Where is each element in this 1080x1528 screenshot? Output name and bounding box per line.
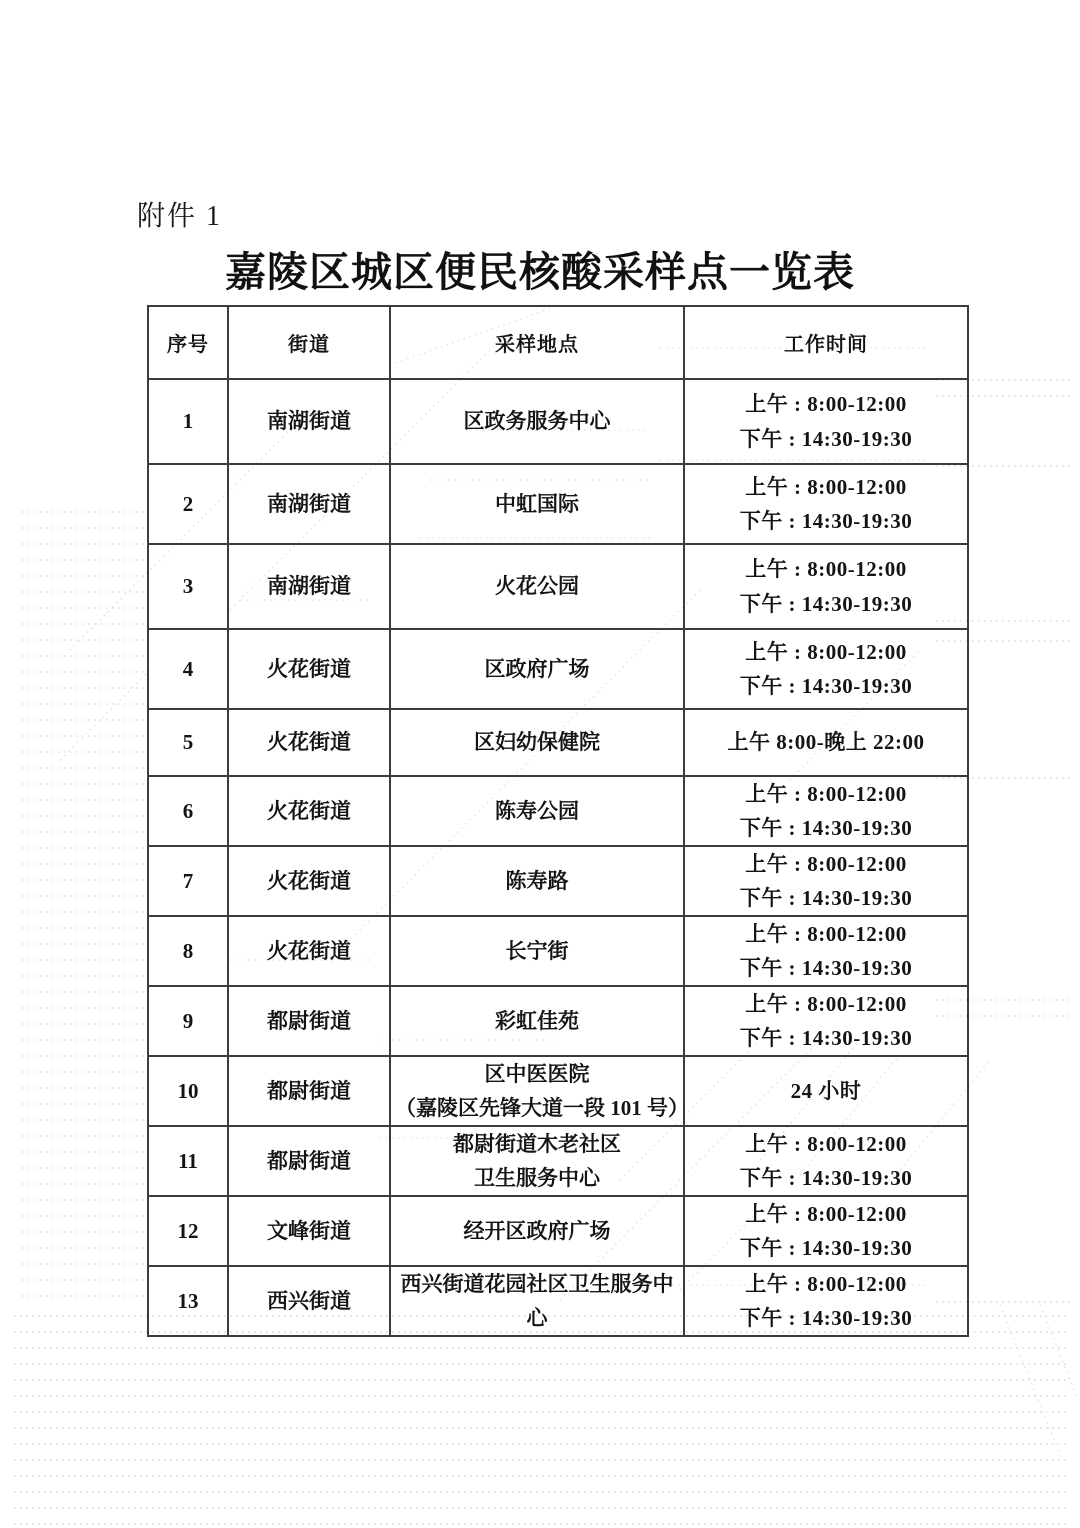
- cell-time-line: 下午 : 14:30-19:30: [689, 587, 963, 621]
- cell-street-line: 南湖街道: [233, 487, 385, 521]
- cell-no-line: 8: [153, 934, 223, 968]
- cell-time-line: 上午 : 8:00-12:00: [689, 987, 963, 1021]
- sampling-table-wrap: 序号街道采样地点工作时间 1南湖街道区政务服务中心上午 : 8:00-12:00…: [147, 305, 969, 1337]
- cell-location-line: 区中医医院: [395, 1057, 679, 1091]
- cell-no: 1: [148, 379, 228, 464]
- cell-time: 上午 : 8:00-12:00下午 : 14:30-19:30: [684, 1266, 968, 1336]
- cell-time: 上午 8:00-晚上 22:00: [684, 709, 968, 776]
- cell-street: 文峰街道: [228, 1196, 390, 1266]
- cell-no-line: 13: [153, 1284, 223, 1318]
- cell-no: 10: [148, 1056, 228, 1126]
- cell-time: 上午 : 8:00-12:00下午 : 14:30-19:30: [684, 916, 968, 986]
- cell-location: 中虹国际: [390, 464, 684, 544]
- cell-no-line: 3: [153, 569, 223, 603]
- cell-location-line: 中虹国际: [395, 487, 679, 521]
- cell-no-line: 1: [153, 404, 223, 438]
- cell-location-line: 西兴街道花园社区卫生服务中心: [395, 1267, 679, 1335]
- cell-location: 区政务服务中心: [390, 379, 684, 464]
- cell-no-line: 6: [153, 794, 223, 828]
- cell-no-line: 7: [153, 864, 223, 898]
- cell-location-line: 陈寿公园: [395, 794, 679, 828]
- column-header-1: 街道: [228, 306, 390, 379]
- cell-street-line: 火花街道: [233, 864, 385, 898]
- cell-location: 长宁街: [390, 916, 684, 986]
- cell-no: 7: [148, 846, 228, 916]
- cell-time-line: 下午 : 14:30-19:30: [689, 881, 963, 915]
- cell-no: 9: [148, 986, 228, 1056]
- cell-street: 都尉街道: [228, 986, 390, 1056]
- cell-location-line: 区政府广场: [395, 652, 679, 686]
- cell-street: 火花街道: [228, 916, 390, 986]
- cell-no: 4: [148, 629, 228, 709]
- table-row: 12文峰街道经开区政府广场上午 : 8:00-12:00下午 : 14:30-1…: [148, 1196, 968, 1266]
- cell-location-line: 彩虹佳苑: [395, 1004, 679, 1038]
- table-row: 10都尉街道区中医医院（嘉陵区先锋大道一段 101 号）24 小时: [148, 1056, 968, 1126]
- cell-time-line: 下午 : 14:30-19:30: [689, 1161, 963, 1195]
- cell-street-line: 都尉街道: [233, 1074, 385, 1108]
- cell-time: 上午 : 8:00-12:00下午 : 14:30-19:30: [684, 776, 968, 846]
- cell-street: 都尉街道: [228, 1056, 390, 1126]
- cell-time-line: 上午 : 8:00-12:00: [689, 1197, 963, 1231]
- table-row: 4火花街道区政府广场上午 : 8:00-12:00下午 : 14:30-19:3…: [148, 629, 968, 709]
- table-header-row: 序号街道采样地点工作时间: [148, 306, 968, 379]
- cell-time-line: 上午 : 8:00-12:00: [689, 1267, 963, 1301]
- cell-no-line: 11: [153, 1144, 223, 1178]
- cell-time-line: 下午 : 14:30-19:30: [689, 951, 963, 985]
- sampling-points-table: 序号街道采样地点工作时间 1南湖街道区政务服务中心上午 : 8:00-12:00…: [147, 305, 969, 1337]
- cell-time-line: 上午 : 8:00-12:00: [689, 470, 963, 504]
- cell-time-line: 下午 : 14:30-19:30: [689, 669, 963, 703]
- cell-time-line: 下午 : 14:30-19:30: [689, 1231, 963, 1265]
- cell-no-line: 10: [153, 1074, 223, 1108]
- document-page: 附件 1 嘉陵区城区便民核酸采样点一览表 序号街道采样地点工作时间 1南湖街道区…: [0, 0, 1080, 1528]
- cell-location: 西兴街道花园社区卫生服务中心: [390, 1266, 684, 1336]
- column-header-2: 采样地点: [390, 306, 684, 379]
- cell-time: 上午 : 8:00-12:00下午 : 14:30-19:30: [684, 544, 968, 629]
- cell-time-line: 上午 : 8:00-12:00: [689, 847, 963, 881]
- cell-location: 经开区政府广场: [390, 1196, 684, 1266]
- cell-time: 上午 : 8:00-12:00下午 : 14:30-19:30: [684, 986, 968, 1056]
- cell-time-line: 上午 : 8:00-12:00: [689, 1127, 963, 1161]
- cell-street: 都尉街道: [228, 1126, 390, 1196]
- cell-location-line: 经开区政府广场: [395, 1214, 679, 1248]
- cell-location-line: 陈寿路: [395, 864, 679, 898]
- cell-street: 西兴街道: [228, 1266, 390, 1336]
- cell-location: 陈寿公园: [390, 776, 684, 846]
- cell-location-line: 长宁街: [395, 934, 679, 968]
- cell-street-line: 文峰街道: [233, 1214, 385, 1248]
- cell-location: 区政府广场: [390, 629, 684, 709]
- cell-no: 3: [148, 544, 228, 629]
- cell-no-line: 12: [153, 1214, 223, 1248]
- cell-no: 6: [148, 776, 228, 846]
- cell-time: 上午 : 8:00-12:00下午 : 14:30-19:30: [684, 1196, 968, 1266]
- cell-location: 区中医医院（嘉陵区先锋大道一段 101 号）: [390, 1056, 684, 1126]
- cell-location-line: 区政务服务中心: [395, 404, 679, 438]
- table-row: 11都尉街道都尉街道木老社区卫生服务中心上午 : 8:00-12:00下午 : …: [148, 1126, 968, 1196]
- table-row: 13西兴街道西兴街道花园社区卫生服务中心上午 : 8:00-12:00下午 : …: [148, 1266, 968, 1336]
- table-row: 5火花街道区妇幼保健院上午 8:00-晚上 22:00: [148, 709, 968, 776]
- cell-street-line: 火花街道: [233, 934, 385, 968]
- cell-time: 上午 : 8:00-12:00下午 : 14:30-19:30: [684, 629, 968, 709]
- cell-street-line: 西兴街道: [233, 1284, 385, 1318]
- cell-location-line: 火花公园: [395, 569, 679, 603]
- cell-no-line: 5: [153, 725, 223, 759]
- cell-time-line: 下午 : 14:30-19:30: [689, 504, 963, 538]
- cell-no: 13: [148, 1266, 228, 1336]
- cell-location-line: （嘉陵区先锋大道一段 101 号）: [395, 1091, 679, 1125]
- dotted-texture-line: [1040, 1305, 1078, 1400]
- cell-street: 南湖街道: [228, 544, 390, 629]
- table-row: 2南湖街道中虹国际上午 : 8:00-12:00下午 : 14:30-19:30: [148, 464, 968, 544]
- cell-time-line: 下午 : 14:30-19:30: [689, 811, 963, 845]
- dotted-texture-line: [1000, 1305, 1062, 1460]
- dotted-texture-line: [60, 670, 150, 760]
- attachment-label: 附件 1: [137, 194, 222, 234]
- cell-time: 24 小时: [684, 1056, 968, 1126]
- cell-no: 12: [148, 1196, 228, 1266]
- page-title: 嘉陵区城区便民核酸采样点一览表: [0, 239, 1080, 298]
- table-row: 6火花街道陈寿公园上午 : 8:00-12:00下午 : 14:30-19:30: [148, 776, 968, 846]
- cell-time-line: 上午 : 8:00-12:00: [689, 552, 963, 586]
- cell-no: 11: [148, 1126, 228, 1196]
- cell-street-line: 火花街道: [233, 652, 385, 686]
- cell-no-line: 2: [153, 487, 223, 521]
- cell-time-line: 24 小时: [689, 1074, 963, 1108]
- cell-location: 火花公园: [390, 544, 684, 629]
- cell-location: 陈寿路: [390, 846, 684, 916]
- table-body: 1南湖街道区政务服务中心上午 : 8:00-12:00下午 : 14:30-19…: [148, 379, 968, 1336]
- cell-no: 8: [148, 916, 228, 986]
- cell-street: 火花街道: [228, 709, 390, 776]
- cell-no: 2: [148, 464, 228, 544]
- cell-street-line: 都尉街道: [233, 1144, 385, 1178]
- cell-time: 上午 : 8:00-12:00下午 : 14:30-19:30: [684, 464, 968, 544]
- cell-time-line: 上午 : 8:00-12:00: [689, 777, 963, 811]
- cell-location: 区妇幼保健院: [390, 709, 684, 776]
- cell-location-line: 都尉街道木老社区: [395, 1127, 679, 1161]
- cell-street: 火花街道: [228, 629, 390, 709]
- cell-time-line: 上午 : 8:00-12:00: [689, 917, 963, 951]
- cell-time-line: 下午 : 14:30-19:30: [689, 1301, 963, 1335]
- cell-street-line: 南湖街道: [233, 569, 385, 603]
- cell-street: 火花街道: [228, 776, 390, 846]
- cell-street-line: 火花街道: [233, 725, 385, 759]
- cell-location-line: 区妇幼保健院: [395, 725, 679, 759]
- cell-time-line: 上午 : 8:00-12:00: [689, 635, 963, 669]
- table-row: 3南湖街道火花公园上午 : 8:00-12:00下午 : 14:30-19:30: [148, 544, 968, 629]
- table-row: 7火花街道陈寿路上午 : 8:00-12:00下午 : 14:30-19:30: [148, 846, 968, 916]
- table-head: 序号街道采样地点工作时间: [148, 306, 968, 379]
- cell-no: 5: [148, 709, 228, 776]
- cell-street-line: 都尉街道: [233, 1004, 385, 1038]
- cell-street-line: 南湖街道: [233, 404, 385, 438]
- cell-time: 上午 : 8:00-12:00下午 : 14:30-19:30: [684, 1126, 968, 1196]
- cell-street: 南湖街道: [228, 379, 390, 464]
- column-header-3: 工作时间: [684, 306, 968, 379]
- cell-time-line: 上午 8:00-晚上 22:00: [689, 725, 963, 759]
- column-header-0: 序号: [148, 306, 228, 379]
- cell-time: 上午 : 8:00-12:00下午 : 14:30-19:30: [684, 379, 968, 464]
- cell-location: 彩虹佳苑: [390, 986, 684, 1056]
- table-row: 8火花街道长宁街上午 : 8:00-12:00下午 : 14:30-19:30: [148, 916, 968, 986]
- cell-no-line: 9: [153, 1004, 223, 1038]
- cell-street: 南湖街道: [228, 464, 390, 544]
- table-row: 9都尉街道彩虹佳苑上午 : 8:00-12:00下午 : 14:30-19:30: [148, 986, 968, 1056]
- cell-location: 都尉街道木老社区卫生服务中心: [390, 1126, 684, 1196]
- cell-time-line: 上午 : 8:00-12:00: [689, 387, 963, 421]
- cell-street: 火花街道: [228, 846, 390, 916]
- cell-street-line: 火花街道: [233, 794, 385, 828]
- cell-time: 上午 : 8:00-12:00下午 : 14:30-19:30: [684, 846, 968, 916]
- cell-location-line: 卫生服务中心: [395, 1161, 679, 1195]
- cell-no-line: 4: [153, 652, 223, 686]
- table-row: 1南湖街道区政务服务中心上午 : 8:00-12:00下午 : 14:30-19…: [148, 379, 968, 464]
- cell-time-line: 下午 : 14:30-19:30: [689, 1021, 963, 1055]
- cell-time-line: 下午 : 14:30-19:30: [689, 422, 963, 456]
